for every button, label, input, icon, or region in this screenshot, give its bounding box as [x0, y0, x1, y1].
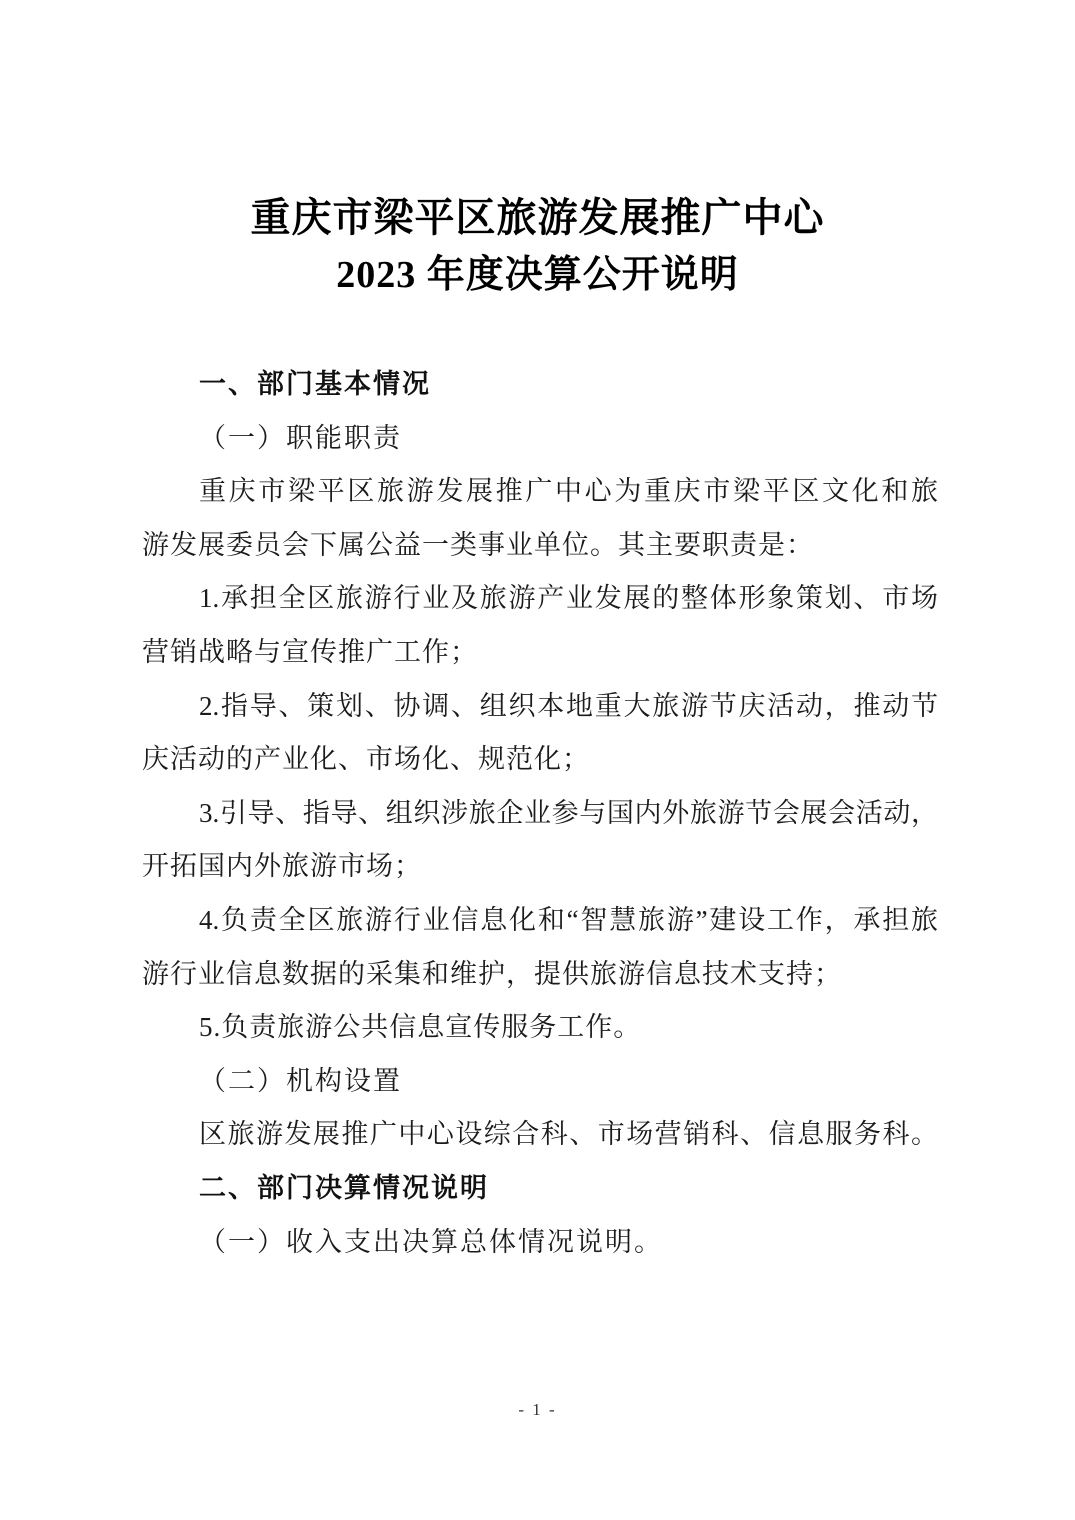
body-line: 区旅游发展推广中心设综合科、市场营销科、信息服务科。	[142, 1108, 938, 1162]
body-line-item-4: 4.负责全区旅游行业信息化和“智慧旅游”建设工作，承担旅	[142, 894, 938, 948]
subsection-2-1-heading: （一）收入支出决算总体情况说明。	[142, 1216, 938, 1270]
body-line-item-3: 3.引导、指导、组织涉旅企业参与国内外旅游节会展会活动，	[142, 787, 938, 841]
body-line: 游行业信息数据的采集和维护，提供旅游信息技术支持；	[142, 948, 938, 1002]
document-title-line2: 2023 年度决算公开说明	[0, 244, 1075, 306]
body-line: 营销战略与宣传推广工作；	[142, 626, 938, 680]
document-title-line1: 重庆市梁平区旅游发展推广中心	[0, 192, 1075, 244]
body-line-item-2: 2.指导、策划、协调、组织本地重大旅游节庆活动，推动节	[142, 680, 938, 734]
document-body: 一、部门基本情况 （一）职能职责 重庆市梁平区旅游发展推广中心为重庆市梁平区文化…	[142, 358, 938, 1269]
body-line-item-5: 5.负责旅游公共信息宣传服务工作。	[142, 1001, 938, 1055]
body-line: 庆活动的产业化、市场化、规范化；	[142, 733, 938, 787]
document-title: 重庆市梁平区旅游发展推广中心 2023 年度决算公开说明	[0, 192, 1075, 306]
section-1-heading: 一、部门基本情况	[142, 358, 938, 412]
section-2-heading: 二、部门决算情况说明	[142, 1162, 938, 1216]
page-number: - 1 -	[0, 1400, 1075, 1420]
body-line-item-1: 1.承担全区旅游行业及旅游产业发展的整体形象策划、市场	[142, 572, 938, 626]
body-line: 开拓国内外旅游市场；	[142, 840, 938, 894]
body-line: 游发展委员会下属公益一类事业单位。其主要职责是：	[142, 519, 938, 573]
subsection-1-2-heading: （二）机构设置	[142, 1055, 938, 1109]
subsection-1-1-heading: （一）职能职责	[142, 412, 938, 466]
body-line: 重庆市梁平区旅游发展推广中心为重庆市梁平区文化和旅	[142, 465, 938, 519]
document-page: 重庆市梁平区旅游发展推广中心 2023 年度决算公开说明 一、部门基本情况 （一…	[0, 0, 1075, 1520]
